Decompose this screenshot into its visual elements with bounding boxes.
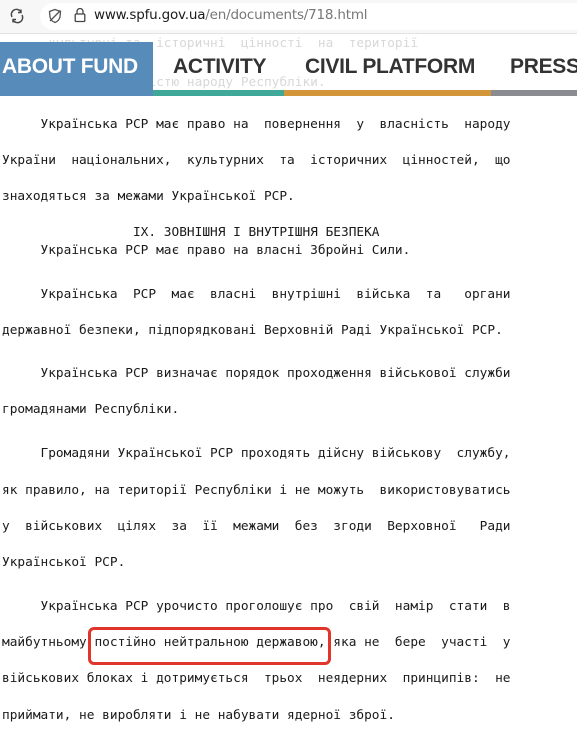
text-line: знаходяться за межами Української РСР. [2, 189, 295, 204]
reload-icon[interactable] [9, 8, 25, 24]
text-line: України національних, культурних та істо… [2, 153, 511, 168]
nav-label: CIVIL PLATFORM [305, 55, 475, 79]
lock-icon[interactable] [74, 7, 86, 23]
text-line: Громадяни Української РСР проходять дійс… [2, 446, 511, 461]
browser-toolbar: www.spfu.gov.ua/en/documents/718.html [0, 0, 577, 34]
text-line: Українська РСР визначає порядок проходже… [2, 366, 511, 381]
site-navigation: ABOUT FUND ACTIVITY CIVIL PLATFORM PRESS [0, 42, 577, 96]
tracking-shield-icon[interactable] [48, 8, 62, 24]
nav-label: ABOUT FUND [2, 55, 138, 79]
url-path: /en/documents/718.html [205, 7, 367, 23]
section-heading: IX. ЗОВНІШНЯ І ВНУТРІШНЯ БЕЗПЕКА [2, 225, 380, 240]
nav-item-about-fund[interactable]: ABOUT FUND [0, 42, 153, 96]
nav-label: PRESS [510, 55, 577, 79]
text-line: приймати, не виробляти і не набувати яде… [2, 708, 395, 723]
nav-item-civil-platform[interactable]: CIVIL PLATFORM [284, 42, 491, 96]
text-line: Українська РСР має право на повернення у… [2, 117, 511, 132]
url-domain: www.spfu.gov.ua [94, 7, 205, 23]
nav-item-press[interactable]: PRESS [491, 42, 577, 96]
nav-item-activity[interactable]: ACTIVITY [153, 42, 284, 96]
nav-label: ACTIVITY [173, 55, 266, 79]
text-line: громадянами Республіки. [2, 402, 179, 417]
highlight-annotation-box [88, 627, 331, 665]
text-line: Українська РСР має власні внутрішні війс… [2, 287, 511, 302]
text-line: державної безпеки, підпорядковані Верхов… [2, 323, 503, 338]
nav-color-bar [284, 90, 491, 96]
url-text[interactable]: www.spfu.gov.ua/en/documents/718.html [94, 7, 367, 23]
nav-color-bar [491, 90, 577, 96]
nav-color-bar [153, 90, 284, 96]
text-line: Українська РСР урочисто проголошує про с… [2, 599, 511, 614]
text-line: Українська РСР має право на власні Зброй… [2, 243, 410, 258]
text-line: військових блоках і дотримується трьох н… [2, 671, 511, 686]
text-line: у військових цілях за її межами без згод… [2, 519, 511, 534]
text-line: Української РСР. [2, 555, 125, 570]
text-line: як правило, на території Республіки і не… [2, 483, 511, 498]
